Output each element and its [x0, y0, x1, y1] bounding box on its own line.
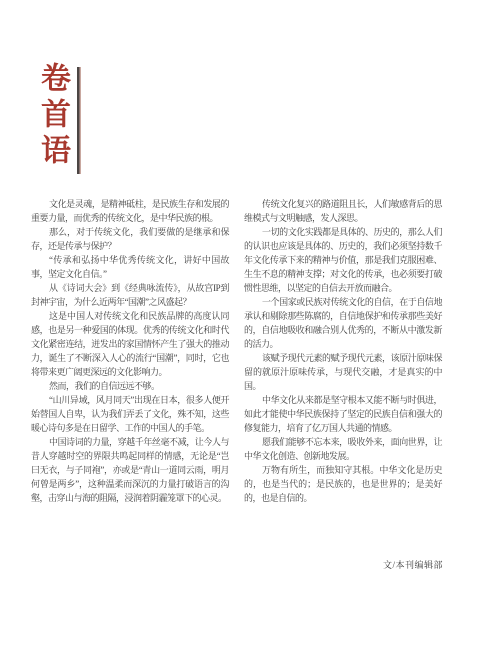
article-column-right: 传统文化复兴的路道阻且长，人们敏感背后的思维模式与文明触感，发人深思。一切的文化… — [244, 197, 442, 505]
paragraph: “山川异域，风月同天”出现在日本，很多人便开始替国人自卑，认为我们弄丢了文化，殊… — [31, 393, 229, 435]
paragraph: 中国诗词的力量，穿越千年丝毫不减，让今人与昔人穿越时空的界限共鸣起同样的情感，无… — [31, 435, 229, 505]
paragraph: 一个国家或民族对传统文化的自信，在于自信地承认和剔除那些陈腐的，自信地保护和传承… — [244, 295, 442, 351]
article-column-left: 文化是灵魂，是精神砥柱，是民族生存和发展的重要力量，而优秀的传统文化，是中华民族… — [31, 197, 229, 505]
paragraph: 那么，对于传统文化，我们要做的是继承和保存，还是传承与保护？ — [31, 225, 229, 253]
foreword-title-block: 卷首语 — [36, 62, 69, 182]
paragraph: 然而，我们的自信远远不够。 — [31, 379, 229, 393]
paragraph: 该赋予现代元素的赋予现代元素，该原汁原味保留的就原汁原味传承，与现代交融，才是真… — [244, 351, 442, 393]
magazine-foreword-page: 卷首语 文化是灵魂，是精神砥柱，是民族生存和发展的重要力量，而优秀的传统文化，是… — [0, 0, 480, 651]
paragraph: 中华文化从来都是坚守根本又能不断与时俱进，如此才能使中华民族保持了坚定的民族自信… — [244, 393, 442, 435]
paragraph: “传承和弘扬中华优秀传统文化，讲好中国故事，坚定文化自信。” — [31, 253, 229, 281]
page-title: 卷首语 — [36, 62, 69, 170]
paragraph: 愿我们能够不忘本来，吸收外来，面向世界，让中华文化创造、创新地发展。 — [244, 435, 442, 463]
title-divider-rule — [77, 67, 81, 174]
author-attribution: 文/本刊编辑部 — [383, 558, 443, 571]
paragraph: 从《诗词大会》到《经典咏流传》，从故宫IP到封神宇宙，为什么近两年“国潮”之风盛… — [31, 281, 229, 309]
paragraph: 一切的文化实践都是具体的、历史的，那么人们的认识也应该是具体的、历史的，我们必须… — [244, 225, 442, 295]
paragraph: 传统文化复兴的路道阻且长，人们敏感背后的思维模式与文明触感，发人深思。 — [244, 197, 442, 225]
paragraph: 这是中国人对传统文化和民族品牌的高度认同感，也是另一种爱国的体现。优秀的传统文化… — [31, 309, 229, 379]
paragraph: 文化是灵魂，是精神砥柱，是民族生存和发展的重要力量，而优秀的传统文化，是中华民族… — [31, 197, 229, 225]
paragraph: 万物有所生，而独知守其根。中华文化是历史的，也是当代的；是民族的，也是世界的；是… — [244, 463, 442, 505]
